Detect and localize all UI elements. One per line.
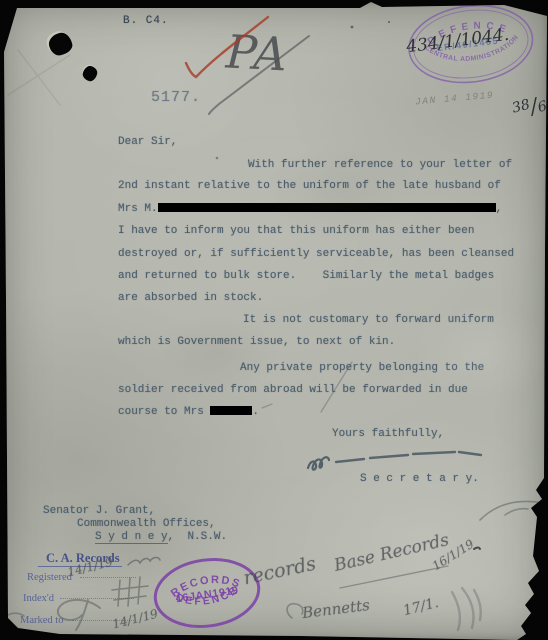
handwritten-strokes: [0, 0, 548, 640]
ink-dot: [216, 157, 219, 160]
pencil-flourish: [287, 604, 303, 618]
ink-mark: [474, 548, 480, 550]
paper-crease: [8, 50, 70, 105]
pencil-stroke: [262, 404, 272, 408]
ink-dot: [351, 26, 354, 29]
paper: B. C4. 5177. PA DEFENCE CENTRAL ADMINIST…: [0, 0, 548, 640]
pencil-smudge: [452, 588, 481, 630]
ink-dot: [388, 21, 390, 23]
document-scan: B. C4. 5177. PA DEFENCE CENTRAL ADMINIST…: [0, 0, 548, 640]
pencil-stroke: [321, 362, 352, 412]
red-check-mark: [186, 17, 268, 77]
monogram-scribble: [112, 577, 148, 606]
pencil-underline: [340, 566, 448, 588]
signature-scribble: [336, 452, 481, 462]
pencil-squiggle: [128, 557, 160, 565]
pencil-stroke: [4, 613, 24, 618]
signature-scribble: [308, 457, 329, 469]
pencil-flourish: [480, 501, 543, 520]
pencil-initials: [58, 600, 100, 630]
pa-slash-stroke: [209, 36, 309, 114]
